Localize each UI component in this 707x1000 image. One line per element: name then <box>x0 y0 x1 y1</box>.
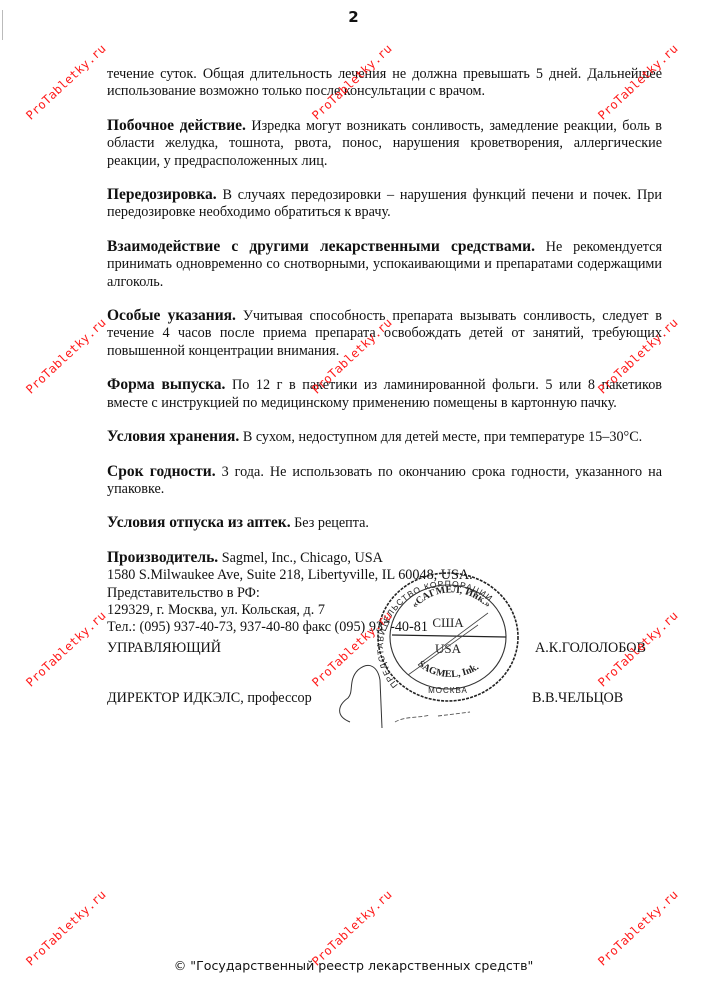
watermark: ProTabletky.ru <box>23 887 109 968</box>
heading-side-effects: Побочное действие. <box>107 117 246 134</box>
paragraph-shelf-life: Срок годности. 3 года. Не использовать п… <box>107 463 662 499</box>
paragraph-overdose: Передозировка. В случаях передозировки –… <box>107 186 662 222</box>
heading-interactions: Взаимодействие с другими лекарственными … <box>107 238 535 255</box>
watermark: ProTabletky.ru <box>309 887 395 968</box>
signature-title-director: ДИРЕКТОР ИДКЭЛС, профессор <box>107 690 312 707</box>
page-number: 2 <box>0 8 707 26</box>
watermark: ProTabletky.ru <box>23 608 109 689</box>
paragraph-special-instructions: Особые указания. Учитывая способность пр… <box>107 307 662 360</box>
heading-shelf-life: Срок годности. <box>107 463 216 480</box>
heading-manufacturer: Производитель. <box>107 549 218 566</box>
stamp-country-ru: США <box>432 615 464 630</box>
manufacturer-name: Sagmel, Inc., Chicago, USA <box>218 550 383 566</box>
heading-special-instructions: Особые указания. <box>107 307 236 324</box>
paragraph-side-effects: Побочное действие. Изредка могут возника… <box>107 117 662 170</box>
watermark: ProTabletky.ru <box>23 315 109 396</box>
heading-dispensing: Условия отпуска из аптек. <box>107 514 291 531</box>
heading-overdose: Передозировка. <box>107 186 217 203</box>
heading-release-form: Форма выпуска. <box>107 376 225 393</box>
paragraph-dispensing: Условия отпуска из аптек. Без рецепта. <box>107 514 662 532</box>
paragraph-release-form: Форма выпуска. По 12 г в пакетики из лам… <box>107 376 662 412</box>
paragraph-dosage-continued: течение суток. Общая длительность лечени… <box>107 66 662 101</box>
document-body: течение суток. Общая длительность лечени… <box>107 66 662 637</box>
signature-name-director: В.В.ЧЕЛЬЦОВ <box>532 690 623 707</box>
heading-storage: Условия хранения. <box>107 428 239 445</box>
signature-title-manager: УПРАВЛЯЮЩИЙ <box>107 640 221 657</box>
paragraph-interactions: Взаимодействие с другими лекарственными … <box>107 238 662 291</box>
paragraph-storage: Условия хранения. В сухом, недоступном д… <box>107 428 662 446</box>
watermark: ProTabletky.ru <box>23 41 109 122</box>
footer-copyright: © "Государственный реестр лекарственных … <box>0 958 707 973</box>
signature-name-manager: А.К.ГОЛОЛОБОВ <box>535 640 646 657</box>
signature-scribble <box>320 650 490 730</box>
watermark: ProTabletky.ru <box>595 887 681 968</box>
